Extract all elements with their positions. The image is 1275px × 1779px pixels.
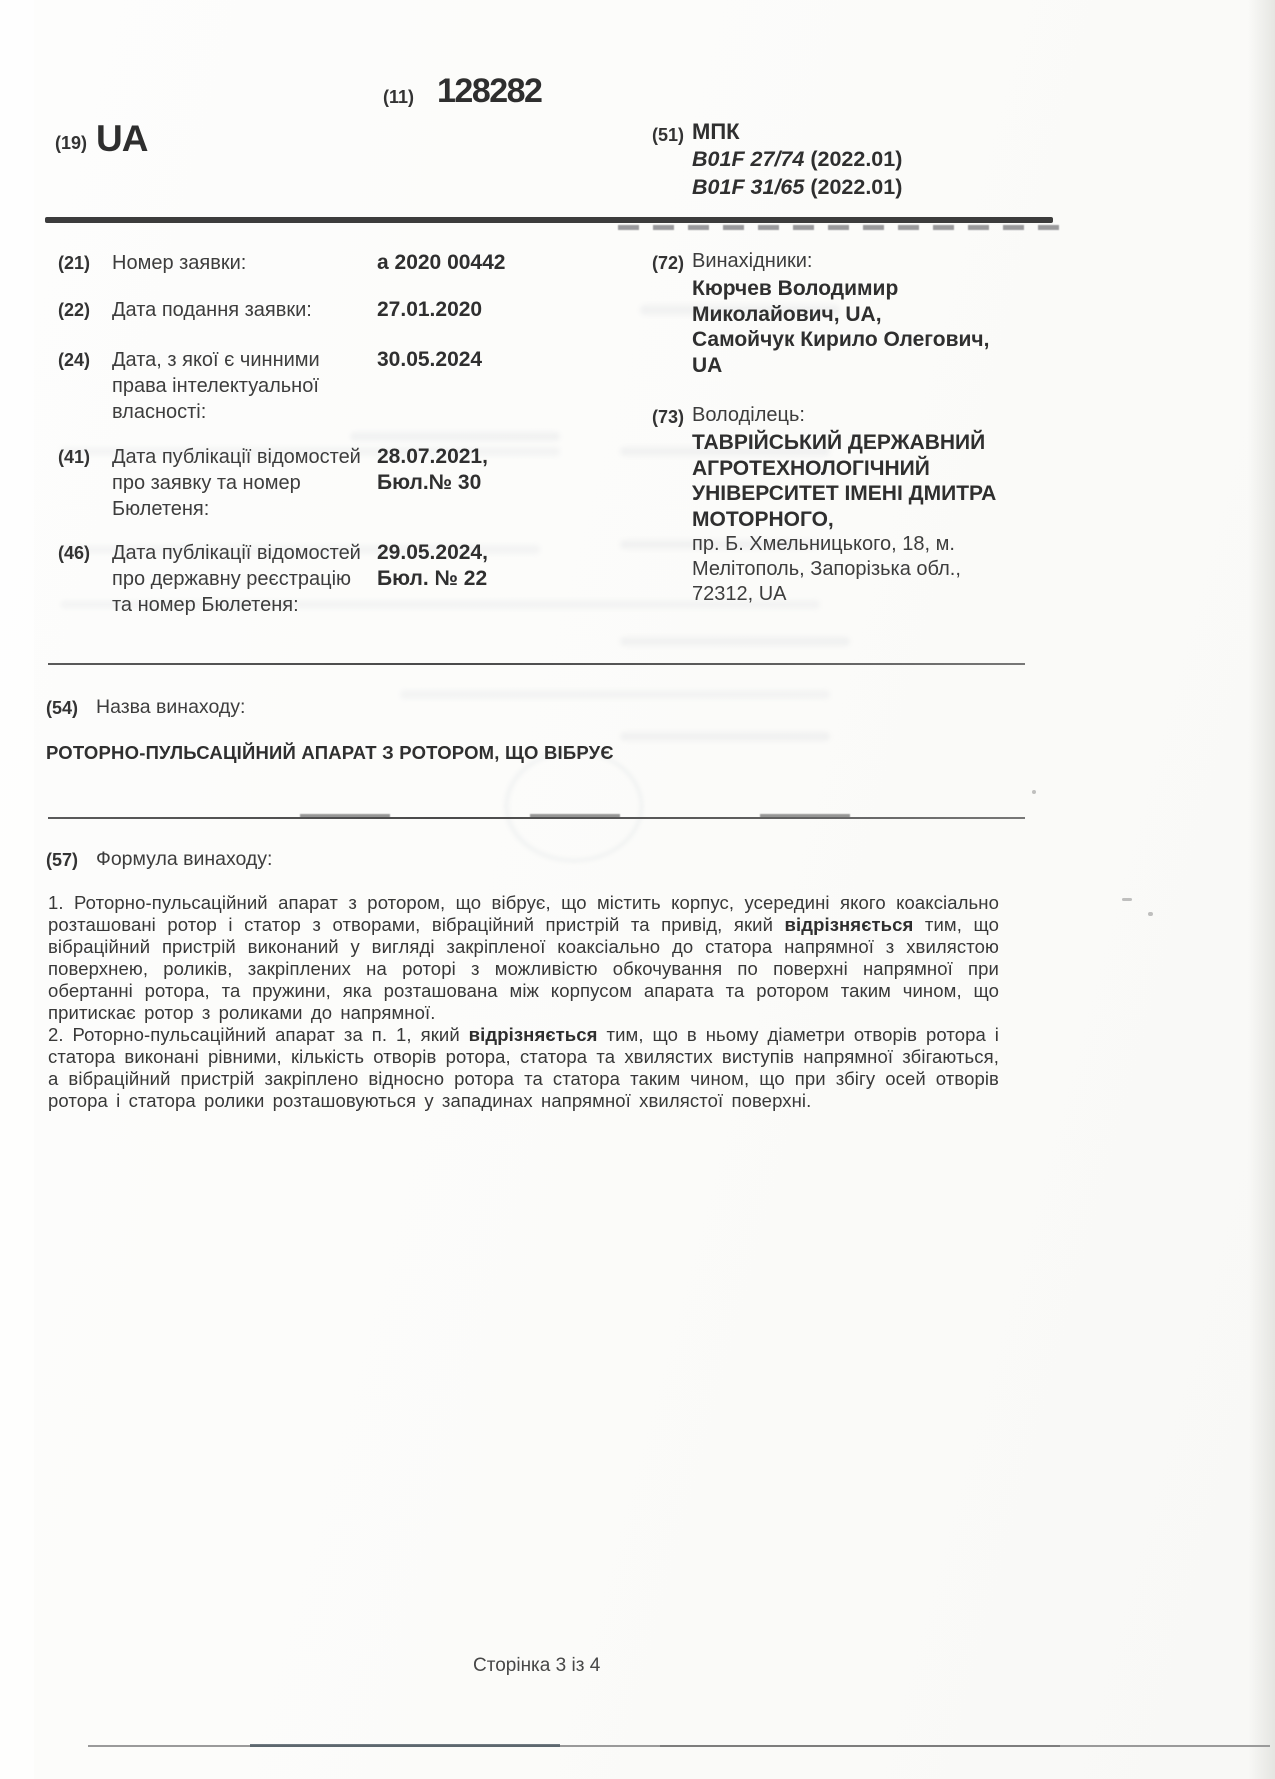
invention-title: РОТОРНО-ПУЛЬСАЦІЙНИЙ АПАРАТ З РОТОРОМ, Щ… <box>46 742 614 764</box>
patent-document-page: (11) 128282 (19) UA (51) МПК B01F 27/74 … <box>0 0 1275 1779</box>
field-label: Номер заявки: <box>112 250 246 276</box>
scan-artifact <box>1148 912 1153 916</box>
scan-artifact <box>620 732 830 741</box>
claims-inid-code: (57) <box>46 850 78 871</box>
scan-artifact <box>618 225 1060 230</box>
country-code: UA <box>96 118 147 160</box>
ipc-class-version: (2022.01) <box>804 147 902 171</box>
claim-2: 2. Роторно-пульсаційний апарат за п. 1, … <box>48 1024 999 1112</box>
field-inid-code: (21) <box>58 253 90 274</box>
inventors-inid-code: (72) <box>652 253 684 274</box>
scan-artifact <box>505 750 643 862</box>
inventors-names: Кюрчев Володимир Миколайович, UA, Самойч… <box>692 276 1022 378</box>
claim-1-emphasis: відрізняється <box>785 914 914 935</box>
scan-artifact <box>350 432 560 441</box>
title-section-label: Назва винаходу: <box>96 696 245 719</box>
field-inid-code: (46) <box>58 543 90 564</box>
field-value: а 2020 00442 <box>377 250 505 276</box>
section-divider-rule <box>48 817 1025 819</box>
owner-label: Володілець: <box>692 404 805 427</box>
ipc-class-entry: B01F 27/74 (2022.01) <box>692 147 902 172</box>
field-label: Дата публікації відомостей про державну … <box>112 540 361 618</box>
field-label: Дата публікації відомостей про заявку та… <box>112 444 361 522</box>
owner-name: ТАВРІЙСЬКИЙ ДЕРЖАВНИЙ АГРОТЕХНОЛОГІЧНИЙ … <box>692 430 1022 532</box>
inventors-label: Винахідники: <box>692 250 813 273</box>
ipc-class-code: B01F 31/65 <box>692 175 804 199</box>
claim-2-text: 2. Роторно-пульсаційний апарат за п. 1, … <box>48 1024 469 1045</box>
field-inid-code: (24) <box>58 350 90 371</box>
scan-bottom-line-segment <box>660 1745 1060 1747</box>
ipc-class-entry: B01F 31/65 (2022.01) <box>692 175 902 200</box>
field-value: 30.05.2024 <box>377 347 482 373</box>
field-value: 29.05.2024, Бюл. № 22 <box>377 540 488 591</box>
owner-inid-code: (73) <box>652 407 684 428</box>
field-value: 28.07.2021, Бюл.№ 30 <box>377 444 488 495</box>
field-inid-code: (22) <box>58 300 90 321</box>
field-value: 27.01.2020 <box>377 297 482 323</box>
ipc-class-version: (2022.01) <box>804 175 902 199</box>
publication-number: 128282 <box>437 72 541 111</box>
field-label: Дата, з якої є чинними права інтелектуал… <box>112 347 320 425</box>
title-inid-code: (54) <box>46 698 78 719</box>
claim-1: 1. Роторно-пульсаційний апарат з ротором… <box>48 892 999 1024</box>
ipc-inid-code: (51) <box>652 125 684 146</box>
field-inid-code: (41) <box>58 447 90 468</box>
ipc-label: МПК <box>692 119 740 145</box>
country-code-inid-code: (19) <box>55 133 87 154</box>
page-indicator: Сторінка 3 із 4 <box>473 1655 600 1677</box>
scan-left-edge <box>0 0 34 1779</box>
field-label: Дата подання заявки: <box>112 297 312 323</box>
scan-right-edge <box>1248 0 1275 1779</box>
scan-artifact <box>620 637 850 646</box>
owner-address: пр. Б. Хмельницького, 18, м. Мелітополь,… <box>692 532 1022 607</box>
publication-number-inid-code: (11) <box>383 87 414 108</box>
scan-bottom-line-segment <box>250 1744 560 1747</box>
scan-artifact <box>400 690 830 699</box>
claims-section-label: Формула винаходу: <box>96 848 272 871</box>
section-divider-rule <box>48 663 1025 665</box>
claims-text: 1. Роторно-пульсаційний апарат з ротором… <box>48 892 999 1112</box>
scan-artifact <box>1122 898 1132 901</box>
ipc-class-code: B01F 27/74 <box>692 147 804 171</box>
claim-2-emphasis: відрізняється <box>469 1024 598 1045</box>
header-divider-rule <box>45 217 1053 223</box>
scan-artifact <box>1032 790 1036 794</box>
